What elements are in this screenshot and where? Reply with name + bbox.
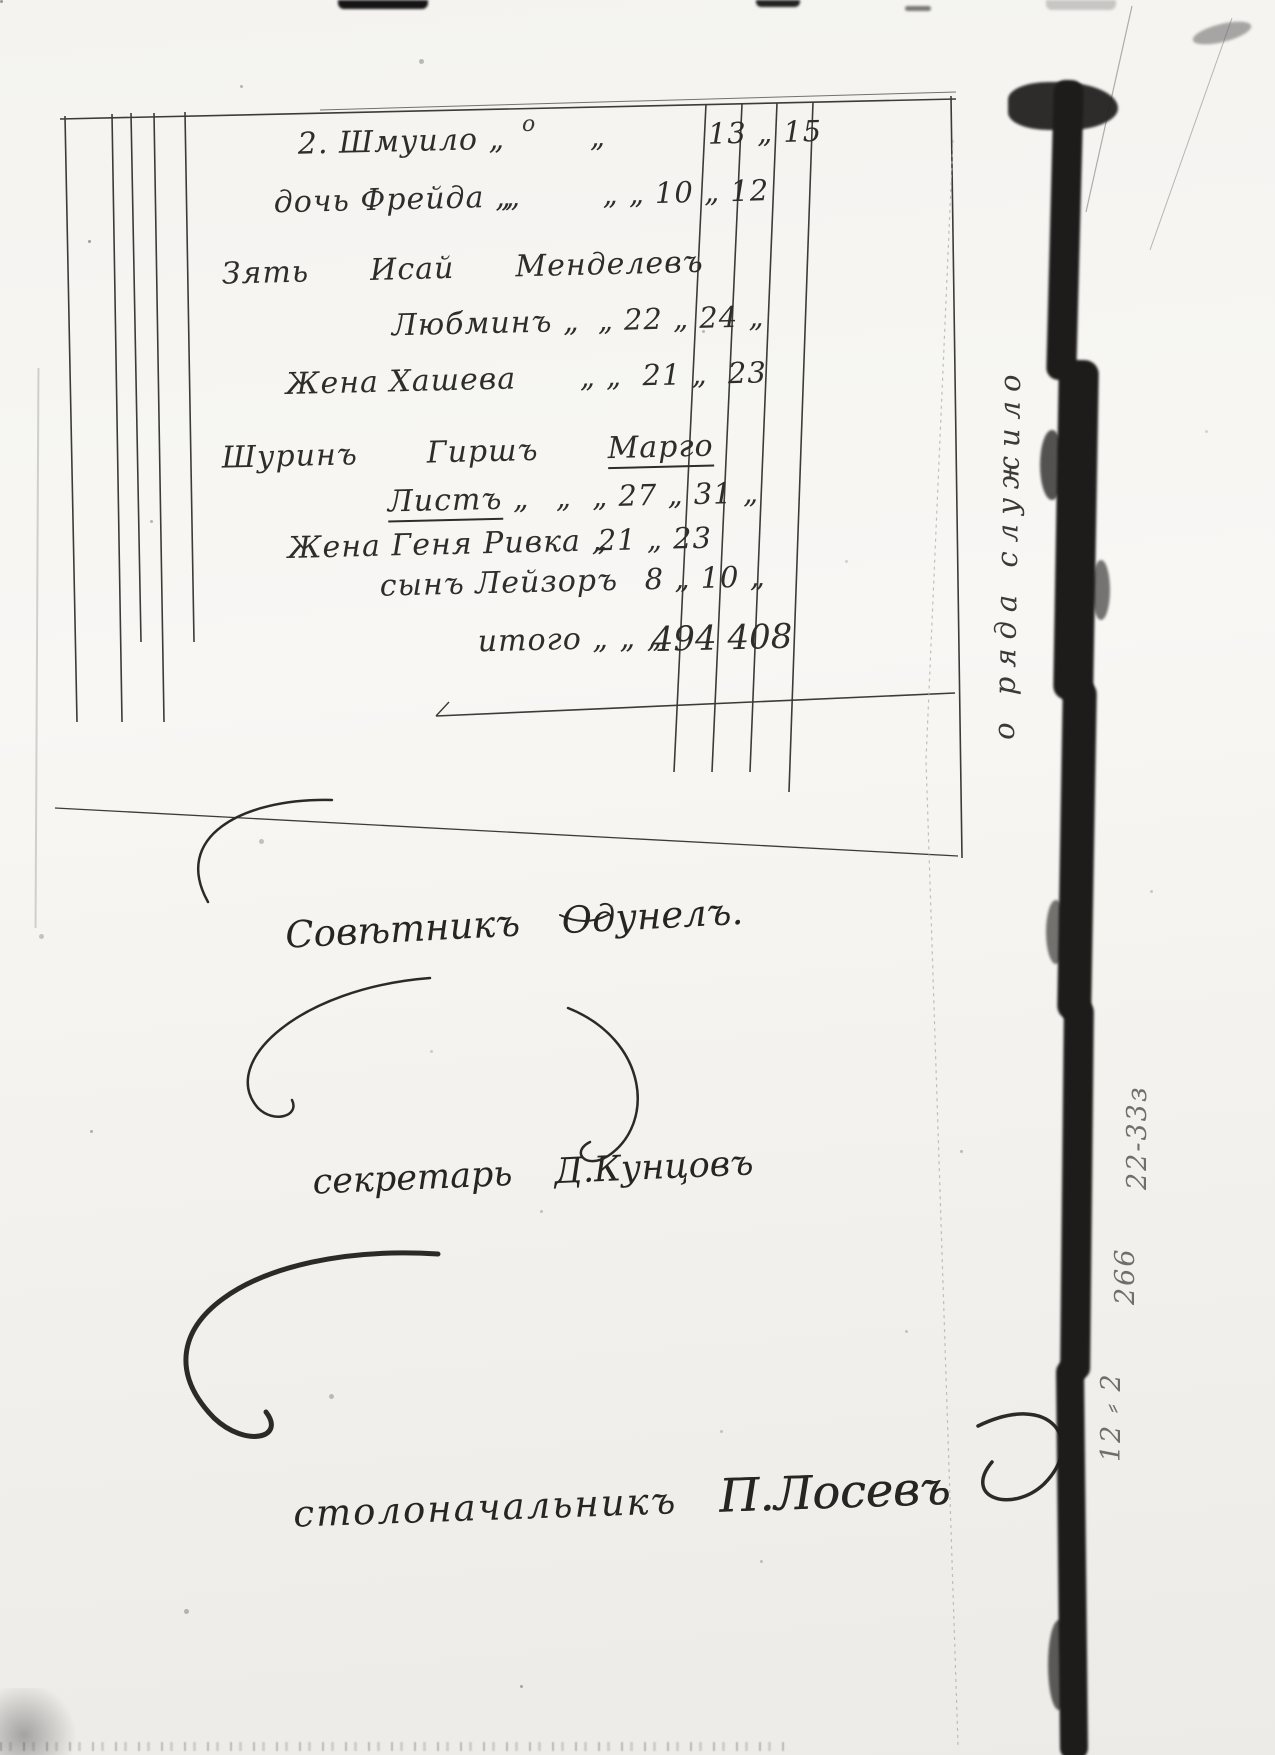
entry-text: итого „ „ „ bbox=[477, 620, 663, 660]
entry-text: „ bbox=[502, 481, 530, 517]
scan-edge-mark bbox=[756, 0, 800, 7]
entry-text: сынъ Лейзоръ bbox=[379, 563, 618, 604]
signature-name: Одунелъ. bbox=[561, 890, 745, 942]
scan-gutter-band bbox=[1057, 680, 1097, 1021]
scan-gutter-blotch bbox=[1040, 430, 1064, 500]
corner-crease-mark bbox=[1191, 17, 1254, 49]
entry-ages: „ „ 21 „ 23 bbox=[579, 355, 767, 394]
entry-ages: 8 „ 10 „ bbox=[644, 559, 766, 596]
scan-gutter-blotch bbox=[1048, 1620, 1070, 1710]
signature-block: секретарьД.Кунцовъ bbox=[266, 1103, 756, 1244]
scan-gutter-band bbox=[1053, 360, 1099, 701]
signature-name: Д.Кунцовъ bbox=[553, 1143, 754, 1192]
entry-text: Жена Геня Ривка „ bbox=[287, 523, 608, 566]
scan-gutter-band bbox=[1060, 1000, 1094, 1380]
signature-block: столоначальникъП.Лосевъ bbox=[244, 1418, 953, 1582]
entry-text: Зять Исай Менделевъ bbox=[221, 245, 704, 292]
signature-name: П.Лосевъ bbox=[718, 1461, 951, 1523]
entry-ages: „ „ „ 10 „ 12 bbox=[504, 173, 769, 213]
entry-ages: „ 22 „ 24 „ bbox=[597, 299, 765, 337]
entry-text: Шуринъ Гиршъ bbox=[221, 431, 608, 475]
entry-text: Шуринъ Гиршъ Марго bbox=[221, 429, 714, 476]
entry-text: дочь Фрейда „ bbox=[273, 180, 512, 221]
signature-title: секретарь bbox=[312, 1154, 513, 1203]
signature-title: Совѣтникъ bbox=[284, 902, 521, 957]
entry-ages: „ 13 „ 15 bbox=[589, 114, 822, 154]
entry-ages: „ „ 27 „ 31 „ bbox=[555, 475, 759, 514]
entry-ages: 21 „ 23 bbox=[597, 521, 712, 558]
entry-text: Любминъ „ bbox=[391, 304, 580, 344]
scan-gutter-blotch bbox=[1092, 560, 1110, 620]
scanned-document-page: о 2. Шмуило „ „ 13 „ 15 дочь Фрейда „ „ … bbox=[0, 0, 1275, 1755]
archive-number: 266 bbox=[1110, 1247, 1141, 1305]
entry-total-ages: 494 408 bbox=[651, 617, 793, 660]
scan-edge-mark bbox=[905, 6, 931, 11]
archive-number: 22-33з bbox=[1122, 1085, 1153, 1190]
entry-text: Жена Хашева bbox=[285, 361, 516, 402]
signature-block: СовѣтникъОдунелъ. bbox=[235, 847, 746, 1002]
scan-edge-mark bbox=[1046, 0, 1116, 10]
scan-edge-mark bbox=[338, 0, 428, 9]
entry-text: 2. Шмуило „ bbox=[297, 122, 505, 162]
archive-number: 12 ⸗ 2 bbox=[1096, 1372, 1127, 1462]
scan-gutter-blotch bbox=[1046, 900, 1066, 964]
signature-title: столоначальникъ bbox=[293, 1479, 678, 1535]
entry-text: Листъ „ bbox=[387, 481, 530, 519]
paper-speckles bbox=[0, 0, 3, 3]
entry-underlined: Листъ bbox=[387, 482, 503, 523]
scan-edge-noise bbox=[0, 1742, 791, 1751]
entry-underlined: Марго bbox=[607, 429, 714, 470]
